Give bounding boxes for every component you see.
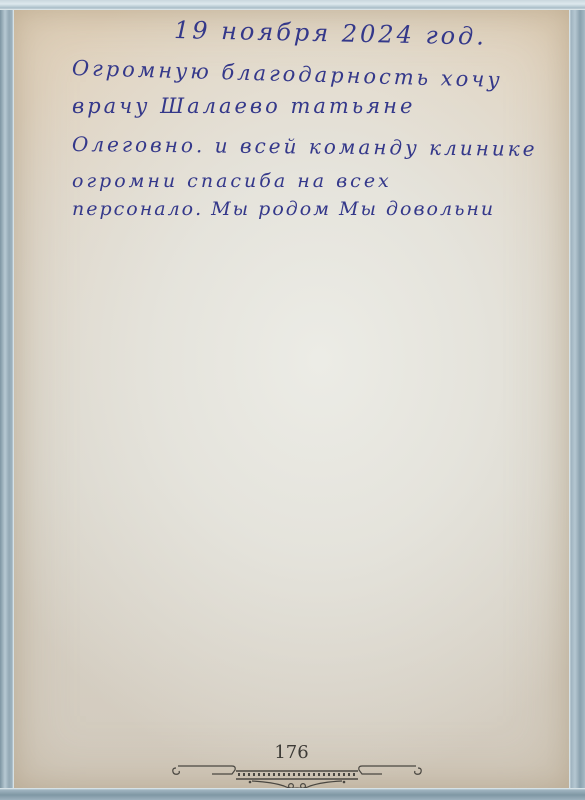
frame-border-right [569,0,585,800]
page-number: 176 [14,742,569,763]
handwritten-line-4: огромни спасиба на всех [72,170,392,192]
frame-border-bottom [0,788,585,800]
handwritten-line-3: Олеговно. и всей команду клинике [72,132,538,161]
guestbook-page: 19 ноября 2024 год. Огромную благодарнос… [14,10,569,788]
frame-border-left [0,0,14,800]
handwritten-line-2: врачу Шалаево татьяне [72,94,415,118]
handwritten-line-5: персонало. Мы родом Мы довольни [72,198,495,220]
handwritten-date: 19 ноября 2024 год. [174,16,488,51]
handwritten-line-1: Огромную благодарность хочу [72,56,503,92]
frame-border-top [0,0,585,10]
ornament-divider-icon [172,762,422,788]
